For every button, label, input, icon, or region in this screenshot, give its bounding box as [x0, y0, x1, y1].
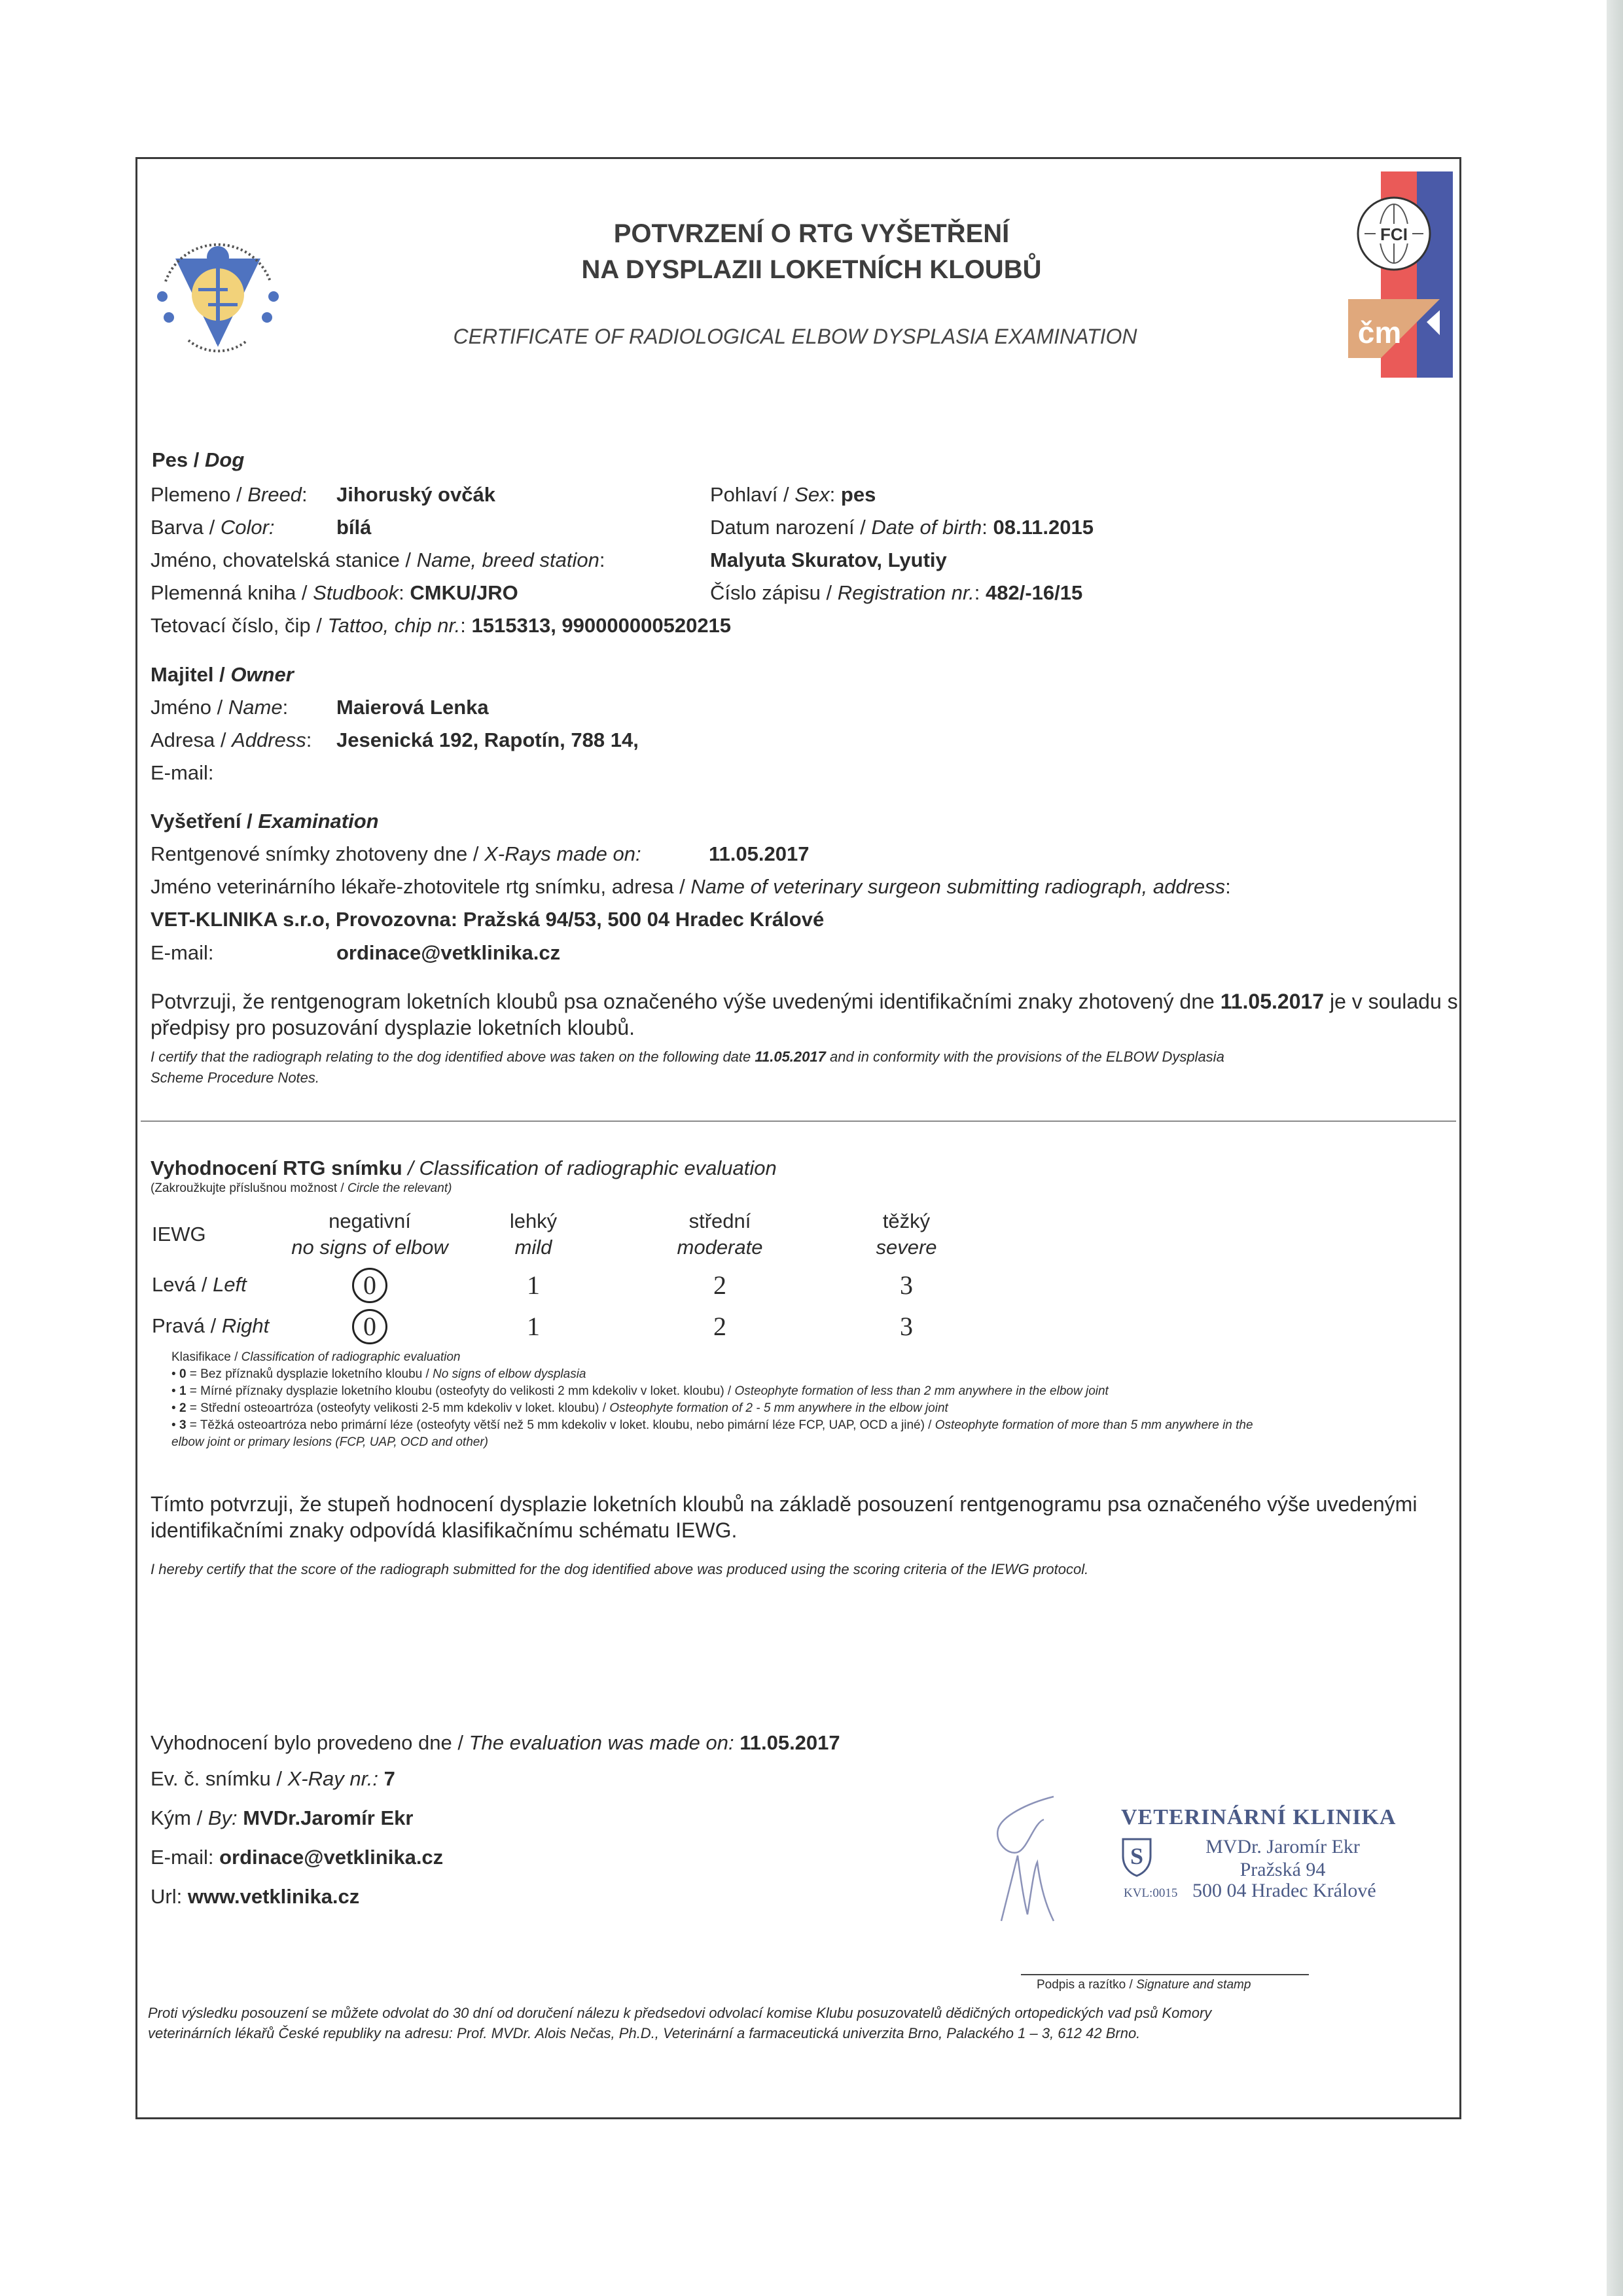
vet-email-value: ordinace@vetklinika.cz [336, 941, 560, 965]
eval-date-field: Vyhodnocení bylo provedeno dne / The eva… [151, 1731, 840, 1755]
legend-item: • 0 = Bez příznaků dysplazie loketního k… [171, 1367, 586, 1382]
section-dog-cz: Pes / [152, 448, 199, 471]
scheme-label: IEWG [152, 1223, 206, 1246]
grade-header-cz: lehký [448, 1210, 618, 1233]
vet-label: Jméno veterinárního lékaře-zhotovitele r… [151, 875, 1231, 899]
vet-value: VET-KLINIKA s.r.o, Provozovna: Pražská 9… [151, 908, 824, 931]
selected-grade-circle [352, 1268, 387, 1303]
appeal-line1: Proti výsledku posouzení se můžete odvol… [148, 2005, 1211, 2022]
grade-header-cz: střední [635, 1210, 805, 1233]
by-value: MVDr.Jaromír Ekr [243, 1806, 413, 1829]
title-cz-line2: NA DYSPLAZII LOKETNÍCH KLOUBŮ [419, 255, 1204, 285]
legend-item: • 2 = Střední osteoartróza (osteofyty ve… [171, 1401, 948, 1416]
legend-item: • 3 = Těžká osteoartróza nebo primární l… [171, 1418, 1253, 1433]
evaluation-instruction: (Zakroužkujte příslušnou možnost / Circl… [151, 1181, 452, 1196]
confirm-cz-line1: Potvrzuji, že rentgenogram loketních klo… [151, 990, 1458, 1014]
signature-caption: Podpis a razítko / Signature and stamp [1037, 1978, 1251, 1992]
dog-name-label: Jméno, chovatelská stanice / Name, breed… [151, 548, 605, 572]
dob-value: 08.11.2015 [993, 516, 1094, 539]
section-divider [141, 1121, 1456, 1122]
title-en: CERTIFICATE OF RADIOLOGICAL ELBOW DYSPLA… [304, 325, 1286, 349]
stamp-street: Pražská 94 [1198, 1859, 1368, 1881]
owner-name-label: Jméno / Name: [151, 696, 288, 719]
xray-date-label: Rentgenové snímky zhotoveny dne / X-Rays… [151, 842, 641, 866]
breed-value: Jihoruský ovčák [336, 483, 495, 507]
elbow-row-label: Levá / Left [152, 1273, 247, 1297]
svg-text:FCI: FCI [1380, 224, 1408, 244]
sex-field: Pohlaví / Sex: pes [710, 483, 876, 507]
stamp-clinic-name: VETERINÁRNÍ KLINIKA [1121, 1805, 1396, 1830]
by-field: Kým / By: MVDr.Jaromír Ekr [151, 1806, 413, 1830]
owner-address-value: Jesenická 192, Rapotín, 788 14, [336, 728, 639, 752]
elbow-row-label: Pravá / Right [152, 1314, 269, 1338]
grade-header-en: no signs of elbow [285, 1236, 455, 1259]
svg-text:S: S [1130, 1843, 1143, 1869]
owner-address-label: Adresa / Address: [151, 728, 312, 752]
grade-option[interactable]: 1 [507, 1311, 560, 1342]
breed-label: Plemeno / Breed: [151, 483, 308, 507]
footer-url-value: www.vetklinika.cz [188, 1885, 359, 1908]
footer-email-field: E-mail: ordinace@vetklinika.cz [151, 1846, 443, 1869]
grade-option[interactable]: 2 [694, 1270, 746, 1300]
certify-cz-line1: Tímto potvrzuji, že stupeň hodnocení dys… [151, 1492, 1417, 1516]
kvl-logo-icon [149, 226, 287, 357]
confirm-en-line1: I certify that the radiograph relating t… [151, 1049, 1224, 1066]
title-cz-line1: POTVRZENÍ O RTG VYŠETŘENÍ [419, 219, 1204, 249]
scan-edge [1607, 0, 1623, 2296]
signature-icon [988, 1790, 1080, 1924]
grade-option[interactable]: 2 [694, 1311, 746, 1342]
tattoo-label: Tetovací číslo, čip / Tattoo, chip nr.: … [151, 614, 731, 637]
registration-field: Číslo zápisu / Registration nr.: 482/-16… [710, 581, 1082, 605]
evaluation-title: Vyhodnocení RTG snímku / Classification … [151, 1157, 777, 1180]
section-dog-en: Dog [205, 448, 244, 471]
legend-wrap: elbow joint or primary lesions (FCP, UAP… [171, 1435, 488, 1450]
dob-field: Datum narození / Date of birth: 08.11.20… [710, 516, 1094, 539]
eval-date-value: 11.05.2017 [740, 1731, 840, 1754]
tattoo-value: 1515313, 990000000520215 [472, 614, 732, 637]
studbook-label: Plemenná kniha / Studbook: CMKU/JRO [151, 581, 518, 605]
grade-header-en: moderate [635, 1236, 805, 1259]
stamp-code: KVL:0015 [1124, 1886, 1177, 1901]
footer-email-value: ordinace@vetklinika.cz [219, 1846, 443, 1869]
grade-header-en: mild [448, 1236, 618, 1259]
certify-en: I hereby certify that the score of the r… [151, 1561, 1088, 1578]
section-dog: Pes / Dog [152, 448, 244, 472]
stamp-doctor: MVDr. Jaromír Ekr [1198, 1836, 1368, 1858]
section-owner: Majitel / Owner [151, 663, 294, 687]
grade-header-en: severe [821, 1236, 991, 1259]
owner-name-value: Maierová Lenka [336, 696, 489, 719]
svg-text:čm: čm [1358, 315, 1401, 350]
owner-email-label: E-mail: [151, 761, 213, 785]
vet-email-label: E-mail: [151, 941, 213, 965]
grade-option[interactable]: 3 [880, 1270, 933, 1300]
section-examination: Vyšetření / Examination [151, 810, 379, 833]
signature-line [1021, 1974, 1309, 1975]
xray-date-value: 11.05.2017 [709, 842, 809, 866]
registration-value: 482/-16/15 [986, 581, 1082, 604]
fci-cmku-logo-icon: FCI čm [1348, 171, 1453, 378]
legend-title: Klasifikace / Classification of radiogra… [171, 1350, 460, 1365]
confirm-cz-line2: předpisy pro posuzování dysplazie loketn… [151, 1016, 635, 1040]
xray-nr-field: Ev. č. snímku / X-Ray nr.: 7 [151, 1767, 395, 1791]
certify-cz-line2: identifikačními znaky odpovídá klasifika… [151, 1518, 737, 1543]
xray-nr-value: 7 [384, 1767, 395, 1790]
color-label: Barva / Color: [151, 516, 275, 539]
stamp-city: 500 04 Hradec Králové [1192, 1880, 1376, 1902]
dog-name-value: Malyuta Skuratov, Lyutiy [710, 548, 947, 572]
grade-option[interactable]: 1 [507, 1270, 560, 1300]
legend-item: • 1 = Mírné příznaky dysplazie loketního… [171, 1384, 1109, 1399]
stamp-shield-icon: S [1120, 1837, 1153, 1877]
studbook-value: CMKU/JRO [410, 581, 518, 604]
grade-option[interactable]: 3 [880, 1311, 933, 1342]
footer-url-field: Url: www.vetklinika.cz [151, 1885, 359, 1909]
appeal-line2: veterinárních lékařů České republiky na … [148, 2025, 1140, 2042]
selected-grade-circle [352, 1309, 387, 1344]
confirm-en-line2: Scheme Procedure Notes. [151, 1069, 319, 1086]
grade-header-cz: negativní [285, 1210, 455, 1233]
grade-header-cz: těžký [821, 1210, 991, 1233]
color-value: bílá [336, 516, 371, 539]
sex-value: pes [841, 483, 876, 506]
